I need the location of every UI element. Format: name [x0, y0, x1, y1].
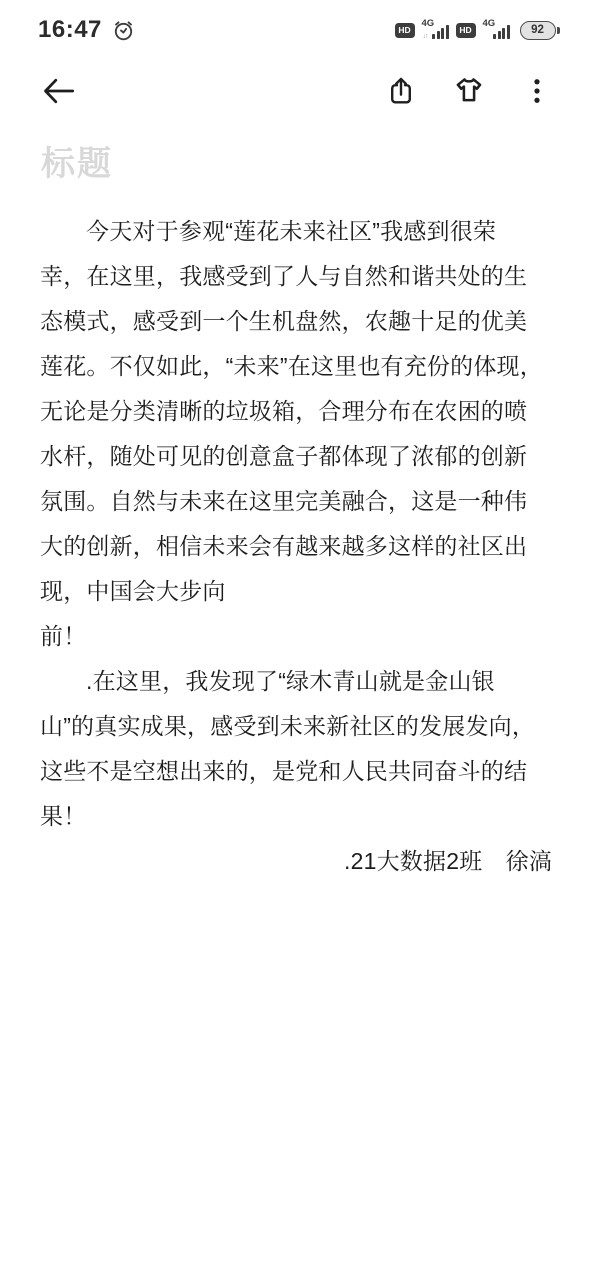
body-line: 山”的真实成果，感受到未来新社区的发展发向，: [40, 704, 552, 749]
theme-button[interactable]: [450, 72, 488, 110]
body-line: 今天对于参观“莲花未来社区”我感到很荣: [40, 209, 552, 254]
hd-badge-icon: HD: [456, 23, 476, 38]
back-button[interactable]: [40, 72, 78, 110]
alarm-clock-icon: [111, 18, 136, 43]
body-line: 无论是分类清晰的垃圾箱，合理分布在农困的喷: [40, 389, 552, 434]
signal-bars-icon: [493, 25, 510, 39]
signal-cluster-sim1: 4G ↓↑: [422, 19, 449, 41]
hd-badge-icon: HD: [395, 23, 415, 38]
body-line: 现，中国会大步向: [40, 569, 552, 614]
note-title-input[interactable]: 标题: [41, 136, 113, 185]
body-line: 果！: [40, 794, 552, 839]
data-arrows-icon: ↓↑: [423, 33, 428, 40]
signal-bars-icon: [432, 25, 449, 39]
phone-screen: 16:47 HD 4G ↓↑ HD 4G: [0, 0, 590, 1278]
status-bar: 16:47 HD 4G ↓↑ HD 4G: [0, 0, 590, 52]
body-line: .在这里，我发现了“绿木青山就是金山银: [40, 659, 552, 704]
body-line: 大的创新，相信未来会有越来越多这样的社区出: [40, 524, 552, 569]
body-line: 水杆，随处可见的创意盒子都体现了浓郁的创新: [40, 434, 552, 479]
signal-cluster-sim2: 4G: [483, 19, 510, 41]
toolbar: [0, 62, 590, 118]
body-line: 前！: [40, 614, 552, 659]
body-line: 幸，在这里，我感受到了人与自然和谐共处的生: [40, 254, 552, 299]
note-body[interactable]: 今天对于参观“莲花未来社区”我感到很荣幸，在这里，我感受到了人与自然和谐共处的生…: [40, 209, 552, 884]
share-button[interactable]: [382, 72, 420, 110]
share-icon: [384, 74, 418, 108]
body-line: 氛围。自然与未来在这里完美融合，这是一种伟: [40, 479, 552, 524]
kebab-menu-icon: [522, 76, 552, 106]
battery-cap: [557, 27, 560, 34]
body-line: 莲花。不仅如此，“未来”在这里也有充份的体现，: [40, 344, 552, 389]
battery-icon: 92: [520, 21, 561, 40]
body-line: 态模式，感受到一个生机盘然，农趣十足的优美: [40, 299, 552, 344]
battery-body: 92: [520, 21, 556, 40]
status-bar-right: HD 4G ↓↑ HD 4G 92: [395, 19, 561, 41]
status-bar-left: 16:47: [38, 16, 136, 44]
toolbar-right: [382, 72, 556, 110]
back-arrow-icon: [40, 72, 78, 110]
more-menu-button[interactable]: [518, 72, 556, 110]
battery-percent: 92: [531, 24, 544, 36]
clock-time: 16:47: [38, 16, 102, 44]
t-shirt-icon: [451, 73, 487, 109]
body-line: .21大数据2班 徐滈: [40, 839, 552, 884]
body-line: 这些不是空想出来的，是党和人民共同奋斗的结: [40, 749, 552, 794]
